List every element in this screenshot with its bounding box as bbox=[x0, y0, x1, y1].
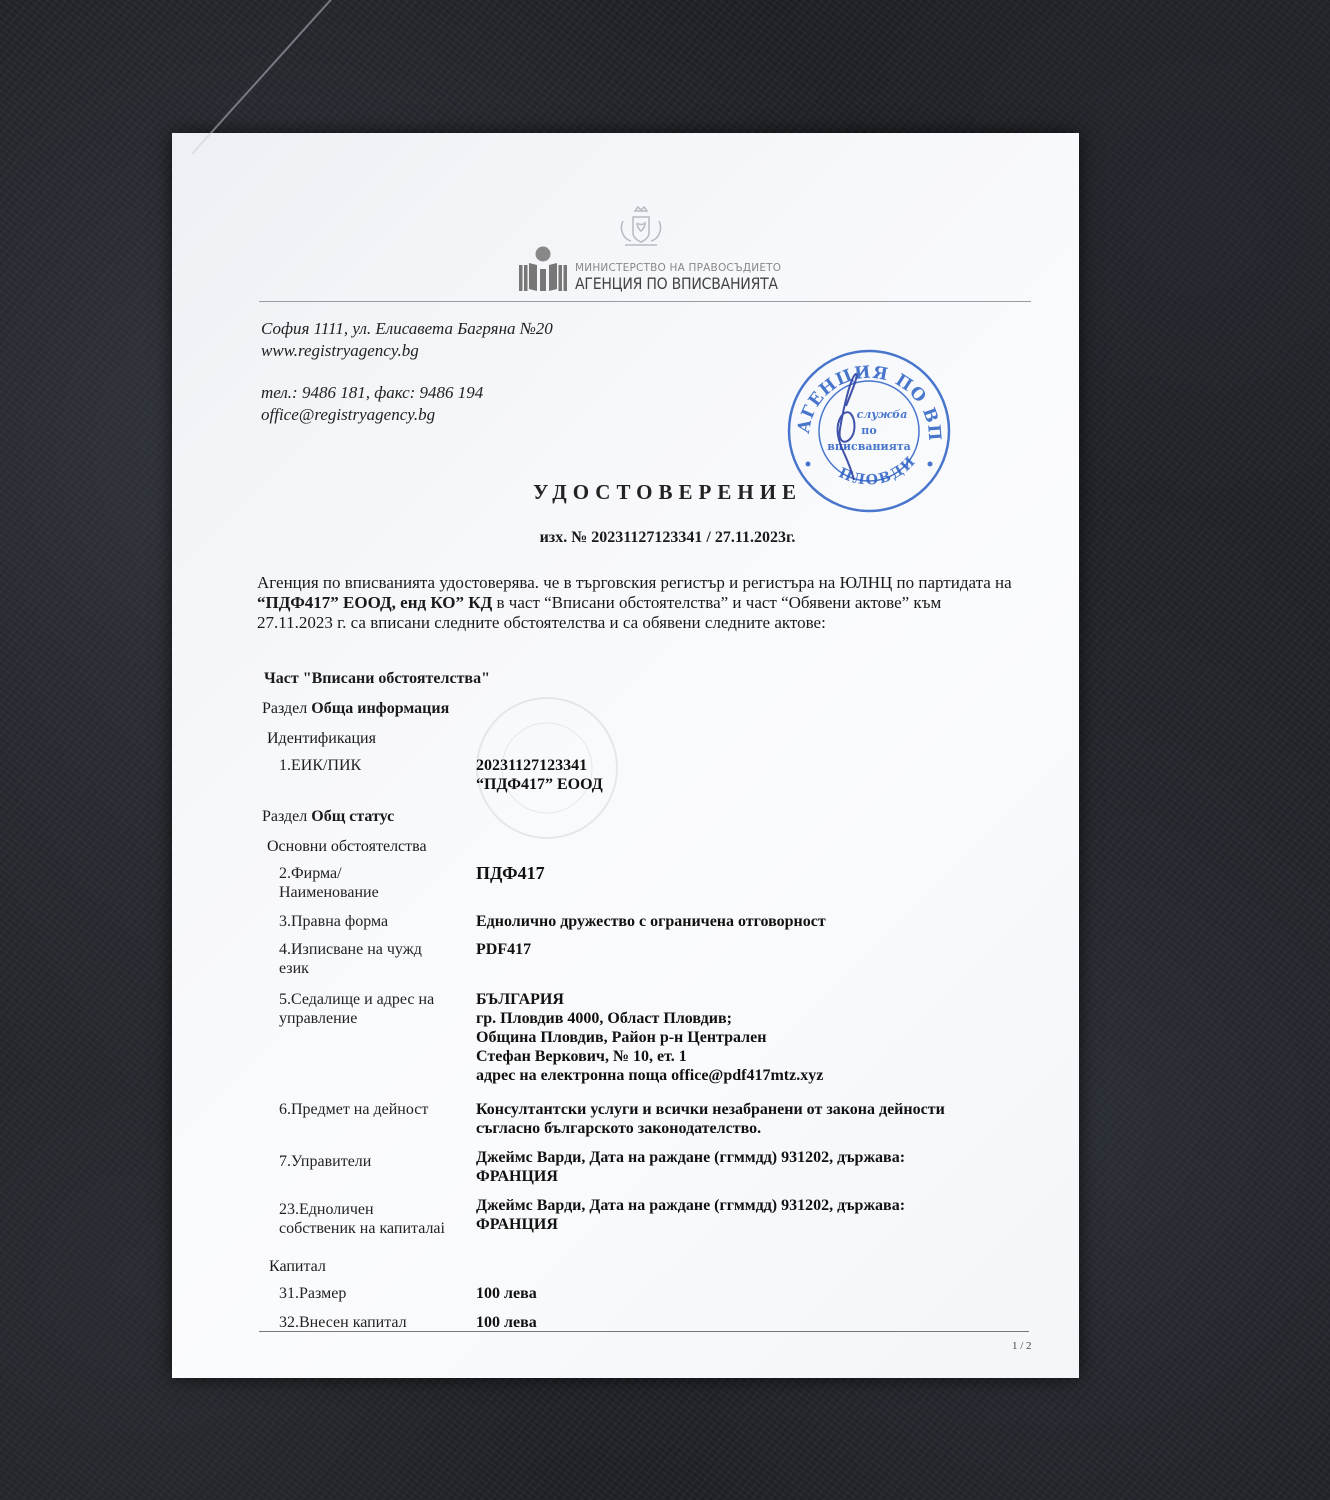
company-name: “ПДФ417” ЕООД, енд КО” КД bbox=[257, 593, 492, 612]
field-managers: 7.Управители Джеймс Варди, Дата на ражда… bbox=[279, 1148, 1052, 1196]
field-legal-form: 3.Правна форма Еднолично дружество с огр… bbox=[279, 912, 1052, 940]
subsection-identification: Идентификация bbox=[267, 726, 1052, 756]
field-capital-paid: 32.Внесен капитал 100 лева bbox=[279, 1313, 1052, 1337]
section-general-status: Раздел Общ статус bbox=[262, 804, 1052, 834]
footer-divider bbox=[259, 1331, 1029, 1332]
certification-statement: Агенция по вписванията удостоверява. че … bbox=[257, 573, 1017, 633]
section-general-info: Раздел Обща информация bbox=[262, 696, 1052, 726]
part-heading: Част "Вписани обстоятелства" bbox=[264, 666, 1052, 696]
field-seat-address: 5.Седалище и адрес науправление БЪЛГАРИЯ… bbox=[279, 990, 1052, 1100]
field-foreign-name: 4.Изписване на чуждезик PDF417 bbox=[279, 940, 1052, 990]
header-divider bbox=[259, 301, 1031, 302]
field-sole-owner: 23.Едноличенсобственик на капиталаi Джей… bbox=[279, 1196, 1052, 1254]
field-activity: 6.Предмет на дейност Консултантски услуг… bbox=[279, 1100, 1052, 1148]
ministry-name: МИНИСТЕРСТВО НА ПРАВОСЪДИЕТО bbox=[575, 262, 805, 274]
agency-website[interactable]: www.registryagency.bg bbox=[261, 340, 553, 362]
subsection-capital: Капитал bbox=[269, 1254, 1052, 1284]
field-eik: 1.ЕИК/ПИК 20231127123341 “ПДФ417” ЕООД bbox=[279, 756, 1052, 804]
document-reference: изх. № 20231127123341 / 27.11.2023г. bbox=[172, 529, 1079, 547]
subsection-basic: Основни обстоятелства bbox=[267, 834, 1052, 864]
page-number: 1 / 2 bbox=[1012, 1340, 1032, 1352]
agency-name: АГЕНЦИЯ ПО ВПИСВАНИЯТА bbox=[575, 274, 778, 293]
document-title: УДОСТОВЕРЕНИЕ bbox=[172, 480, 1079, 505]
agency-contacts: София 1111, ул. Елисавета Багряна №20 ww… bbox=[261, 318, 553, 426]
certificate-page: МИНИСТЕРСТВО НА ПРАВОСЪДИЕТО АГЕНЦИЯ ПО … bbox=[172, 133, 1079, 1378]
registered-circumstances: Част "Вписани обстоятелства" Раздел Обща… bbox=[262, 666, 1052, 1337]
agency-address: София 1111, ул. Елисавета Багряна №20 bbox=[261, 318, 553, 340]
registry-logo-icon bbox=[517, 245, 569, 293]
agency-logo: МИНИСТЕРСТВО НА ПРАВОСЪДИЕТО АГЕНЦИЯ ПО … bbox=[517, 243, 805, 293]
paper-crease bbox=[191, 0, 353, 155]
svg-text:по: по bbox=[861, 424, 876, 437]
field-capital-size: 31.Размер 100 лева bbox=[279, 1284, 1052, 1313]
agency-email[interactable]: office@registryagency.bg bbox=[261, 404, 553, 426]
field-firm: 2.Фирма/Наименование ПДФ417 bbox=[279, 864, 1052, 912]
svg-text:служба: служба bbox=[857, 408, 908, 421]
agency-phone-fax: тел.: 9486 181, факс: 9486 194 bbox=[261, 382, 553, 404]
